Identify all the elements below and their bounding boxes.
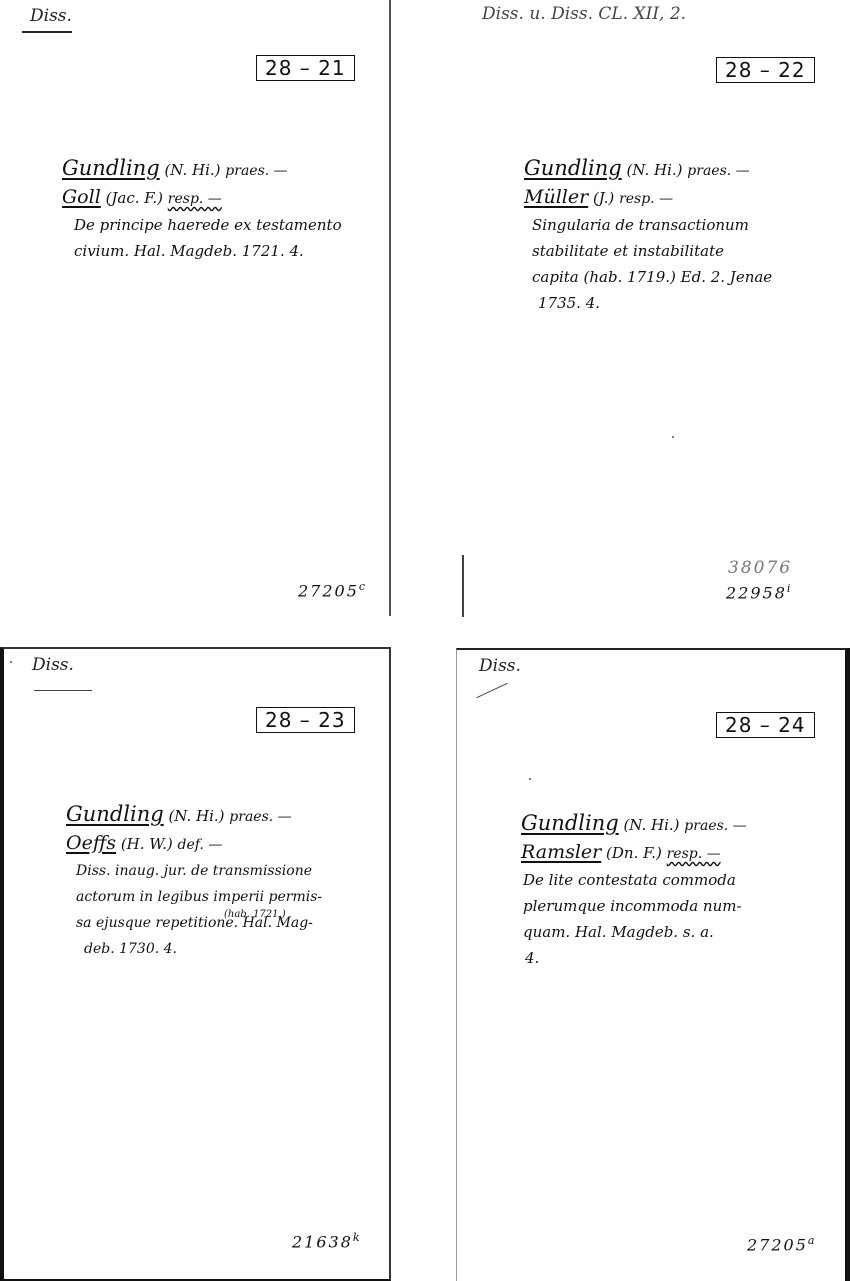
title-line: civium. Hal. Magdeb. 1721. 4.: [62, 238, 342, 264]
author-line: Gundling (N. Hi.) praes. —: [66, 801, 322, 830]
respondent-name: Ramsler: [521, 841, 601, 863]
catalog-entry: Gundling (N. Hi.) praes. — Oeffs (H. W.)…: [66, 801, 322, 962]
respondent-line: Müller (J.) resp. —: [524, 184, 772, 212]
author-name: Gundling: [62, 156, 160, 180]
respondent-name: Goll: [62, 186, 101, 208]
catalog-card-28-22: Diss. u. Diss. CL. XII, 2. 28 – 22 Gundl…: [462, 0, 850, 616]
title-line: quam. Hal. Magdeb. s. a.: [521, 919, 747, 945]
accession-number: 21638k: [292, 1231, 362, 1251]
author-role: praes. —: [225, 163, 287, 179]
author-name: Gundling: [521, 811, 619, 835]
title-line: plerumque incommoda num-: [521, 893, 747, 919]
respondent-initials: (Dn. F.): [606, 844, 662, 862]
corner-underline: [22, 31, 72, 33]
author-initials: (N. Hi.): [164, 161, 220, 179]
title-line: Singularia de transactionum: [524, 212, 772, 238]
title-line: sa ejusque repetitione. Hal. Mag- (hab. …: [66, 910, 322, 936]
accession-suffix: k: [353, 1231, 362, 1244]
author-initials: (N. Hi.): [626, 161, 682, 179]
accession-digits: 27205: [298, 581, 359, 600]
call-number-box: 28 – 23: [256, 707, 355, 733]
author-line: Gundling (N. Hi.) praes. —: [521, 810, 747, 839]
title-line: De principe haerede ex testamento: [62, 212, 342, 238]
corner-note: Diss.: [479, 656, 521, 676]
card-edge-line: [462, 555, 464, 617]
title-line: Diss. inaug. jur. de transmissione: [66, 858, 322, 884]
title-line: deb. 1730. 4.: [66, 936, 322, 962]
respondent-role: resp. —: [667, 846, 721, 862]
accession-suffix: i: [787, 582, 793, 595]
call-number-box: 28 – 22: [716, 57, 815, 83]
title-line: stabilitate et instabilitate: [524, 238, 772, 264]
old-accession-number: 38076: [728, 558, 792, 578]
author-initials: (N. Hi.): [168, 807, 224, 825]
respondent-name: Oeffs: [66, 832, 116, 854]
paper-speck: [529, 778, 531, 780]
accession-number: 22958i: [726, 582, 792, 602]
accession-number: 27205a: [747, 1234, 816, 1254]
respondent-role: resp. —: [168, 191, 222, 207]
author-role: praes. —: [687, 163, 749, 179]
catalog-card-28-24: Diss. 28 – 24 Gundling (N. Hi.) praes. —…: [456, 648, 850, 1281]
accession-suffix: a: [808, 1234, 817, 1247]
call-number-box: 28 – 24: [716, 712, 815, 738]
corner-underline: [34, 690, 92, 691]
author-name: Gundling: [66, 802, 164, 826]
author-name: Gundling: [524, 156, 622, 180]
corner-underline: [476, 683, 507, 698]
author-role: praes. —: [684, 818, 746, 834]
author-line: Gundling (N. Hi.) praes. —: [62, 155, 342, 184]
title-line: 4.: [521, 945, 747, 971]
paper-speck: [10, 661, 12, 663]
catalog-card-28-23: Diss. 28 – 23 Gundling (N. Hi.) praes. —…: [0, 647, 391, 1281]
accession-suffix: c: [359, 580, 367, 593]
accession-number: 27205c: [298, 580, 367, 600]
catalog-entry: Gundling (N. Hi.) praes. — Ramsler (Dn. …: [521, 810, 747, 971]
interlinear-note: (hab. 1721.): [224, 902, 286, 928]
catalog-entry: Gundling (N. Hi.) praes. — Müller (J.) r…: [524, 155, 772, 316]
title-line: 1735. 4.: [524, 290, 772, 316]
corner-note: Diss.: [32, 655, 74, 675]
respondent-line: Oeffs (H. W.) def. —: [66, 830, 322, 858]
accession-digits: 21638: [292, 1232, 353, 1251]
respondent-initials: (H. W.): [121, 835, 173, 853]
respondent-role: resp. —: [619, 191, 673, 207]
author-line: Gundling (N. Hi.) praes. —: [524, 155, 772, 184]
call-number-box: 28 – 21: [256, 55, 355, 81]
respondent-line: Goll (Jac. F.) resp. —: [62, 184, 342, 212]
accession-digits: 22958: [726, 583, 787, 602]
accession-digits: 27205: [747, 1235, 808, 1254]
respondent-name: Müller: [524, 186, 588, 208]
paper-speck: [672, 436, 674, 438]
respondent-initials: (J.): [593, 189, 614, 207]
corner-note: Diss. u. Diss. CL. XII, 2.: [482, 4, 686, 24]
title-line: capita (hab. 1719.) Ed. 2. Jenae: [524, 264, 772, 290]
author-initials: (N. Hi.): [623, 816, 679, 834]
corner-note: Diss.: [30, 6, 72, 26]
respondent-role: def. —: [178, 837, 223, 853]
author-role: praes. —: [229, 809, 291, 825]
respondent-initials: (Jac. F.): [106, 189, 163, 207]
respondent-line: Ramsler (Dn. F.) resp. —: [521, 839, 747, 867]
catalog-card-28-21: Diss. 28 – 21 Gundling (N. Hi.) praes. —…: [0, 0, 391, 616]
title-line: De lite contestata commoda: [521, 867, 747, 893]
catalog-entry: Gundling (N. Hi.) praes. — Goll (Jac. F.…: [62, 155, 342, 264]
